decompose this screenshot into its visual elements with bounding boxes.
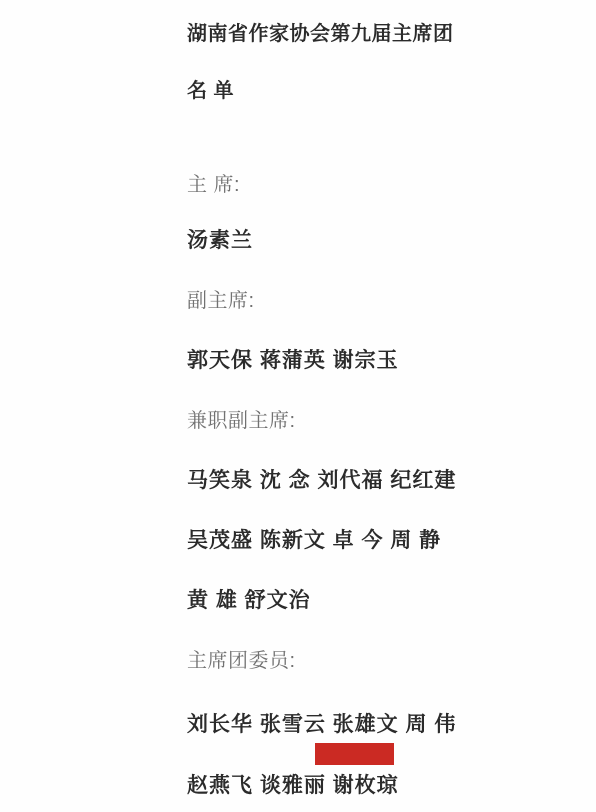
section-label-vice-chairman: 副主席:: [187, 286, 255, 316]
name-line-chairman: 汤素兰: [187, 226, 253, 256]
name-line-parttime-1: 马笑泉 沈 念 刘代福 纪红建: [187, 466, 456, 496]
name-line-vice-chairman: 郭天保 蒋蒲英 谢宗玉: [187, 346, 399, 376]
section-label-chairman: 主 席:: [187, 170, 240, 200]
document-page: 湖南省作家协会第九届主席团 名 单 主 席: 汤素兰 副主席: 郭天保 蒋蒲英 …: [0, 0, 596, 812]
name-line-committee-1: 刘长华 张雪云 张雄文 周 伟: [187, 710, 456, 740]
section-label-committee: 主席团委员:: [187, 646, 296, 676]
document-title: 湖南省作家协会第九届主席团: [187, 19, 454, 49]
name-line-committee-2: 赵燕飞 谈雅丽 谢枚琼: [187, 771, 399, 801]
red-highlight-mark: [315, 743, 394, 765]
name-line-parttime-3: 黄 雄 舒文治: [187, 586, 311, 616]
name-line-parttime-2: 吴茂盛 陈新文 卓 今 周 静: [187, 526, 441, 556]
section-label-parttime-vice-chairman: 兼职副主席:: [187, 406, 296, 436]
document-subtitle: 名 单: [187, 76, 234, 106]
